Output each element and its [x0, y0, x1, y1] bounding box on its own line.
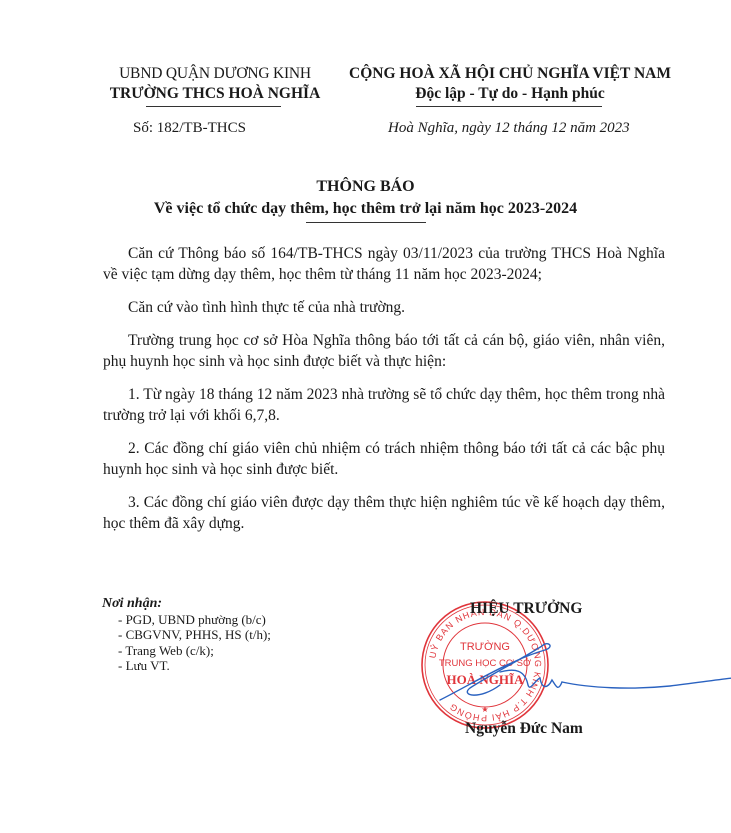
signatory-name: Nguyễn Đức Nam — [465, 720, 583, 738]
national-header: CỘNG HOÀ XÃ HỘI CHỦ NGHĨA VIỆT NAM Độc l… — [332, 64, 688, 104]
issuer-block: UBND QUẬN DƯƠNG KINH TRƯỜNG THCS HOÀ NGH… — [104, 64, 326, 104]
motto-underline — [416, 106, 602, 107]
paragraph: Căn cứ Thông báo số 164/TB-THCS ngày 03/… — [103, 243, 665, 285]
recipient-item: - Trang Web (c/k); — [102, 643, 271, 659]
title-underline — [306, 222, 426, 223]
signatory-title: HIỆU TRƯỞNG — [470, 600, 582, 618]
recipient-item: - PGD, UBND phường (b/c) — [102, 612, 271, 628]
issuing-authority: UBND QUẬN DƯƠNG KINH — [104, 64, 326, 84]
nation-name: CỘNG HOÀ XÃ HỘI CHỦ NGHĨA VIỆT NAM — [332, 64, 688, 84]
document-body: Căn cứ Thông báo số 164/TB-THCS ngày 03/… — [103, 243, 665, 546]
paragraph: Trường trung học cơ sở Hòa Nghĩa thông b… — [103, 330, 665, 372]
signature-scribble-icon — [430, 630, 731, 710]
paragraph: 2. Các đồng chí giáo viên chủ nhiệm có t… — [103, 438, 665, 480]
recipient-item: - CBGVNV, PHHS, HS (t/h); — [102, 627, 271, 643]
issuer-underline — [146, 106, 281, 107]
school-name: TRƯỜNG THCS HOÀ NGHĨA — [104, 84, 326, 104]
paragraph: 3. Các đồng chí giáo viên được dạy thêm … — [103, 492, 665, 534]
paragraph: 1. Từ ngày 18 tháng 12 năm 2023 nhà trườ… — [103, 384, 665, 426]
recipient-item: - Lưu VT. — [102, 658, 271, 674]
paragraph: Căn cứ vào tình hình thực tế của nhà trư… — [103, 297, 665, 318]
document-title: THÔNG BÁO — [0, 178, 731, 196]
recipients-block: Nơi nhận: - PGD, UBND phường (b/c) - CBG… — [102, 596, 271, 674]
national-motto: Độc lập - Tự do - Hạnh phúc — [332, 84, 688, 104]
document-number: Số: 182/TB-THCS — [133, 120, 246, 137]
recipients-heading: Nơi nhận: — [102, 596, 271, 612]
document-subtitle: Về việc tổ chức dạy thêm, học thêm trở l… — [0, 200, 731, 218]
place-date: Hoà Nghĩa, ngày 12 tháng 12 năm 2023 — [388, 120, 630, 137]
